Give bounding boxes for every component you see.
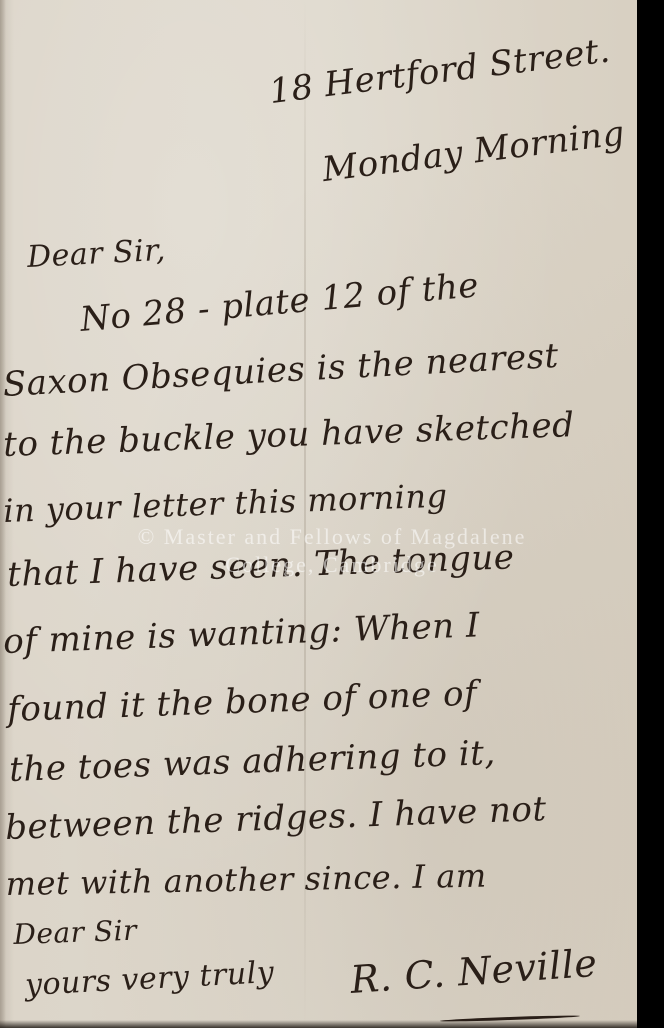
body-line-3: to the buckle you have sketched bbox=[3, 405, 575, 465]
document-frame: 18 Hertford Street. Monday Morning Dear … bbox=[0, 0, 664, 1028]
salutation: Dear Sir, bbox=[26, 233, 166, 275]
body-line-6: of mine is wanting: When I bbox=[3, 605, 481, 662]
body-line-2: Saxon Obsequies is the nearest bbox=[2, 336, 560, 405]
body-line-8: the toes was adhering to it, bbox=[9, 733, 497, 790]
header-day: Monday Morning bbox=[320, 113, 627, 190]
body-line-4: in your letter this morning bbox=[3, 477, 448, 530]
body-line-1: No 28 - plate 12 of the bbox=[79, 265, 481, 340]
body-line-7: found it the bone of one of bbox=[7, 674, 478, 730]
header-address: 18 Hertford Street. bbox=[267, 30, 612, 112]
closing-yours-truly: yours very truly bbox=[24, 955, 275, 1003]
page-bottom-shadow bbox=[0, 1020, 637, 1028]
closing-dear-sir: Dear Sir bbox=[13, 914, 138, 951]
letter-page: 18 Hertford Street. Monday Morning Dear … bbox=[0, 0, 637, 1028]
signature: R. C. Neville bbox=[349, 941, 599, 1002]
body-line-10: met with another since. I am bbox=[5, 857, 487, 903]
body-line-9: between the ridges. I have not bbox=[5, 789, 548, 848]
body-line-5: that I have seen. The tongue bbox=[7, 537, 515, 595]
